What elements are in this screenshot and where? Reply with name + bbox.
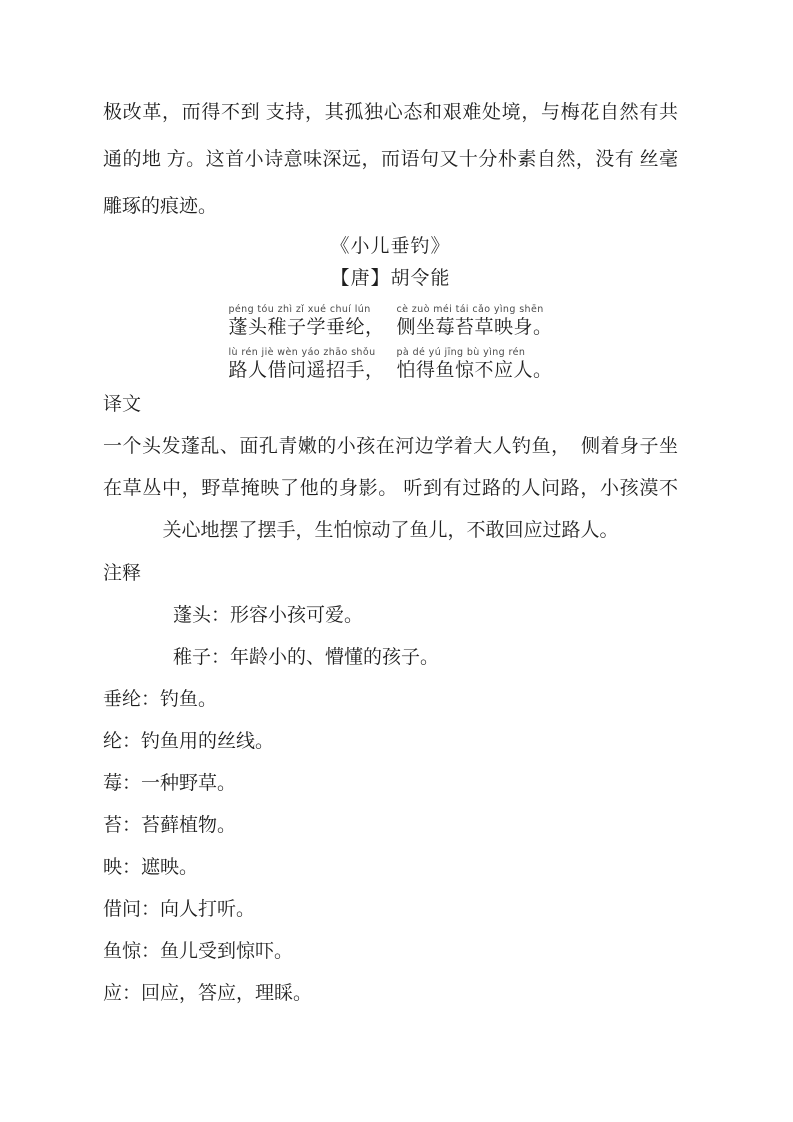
poem-half-2b: pà dé yú jīng bù yìng rén 怕得鱼惊不应人。 [397,347,553,383]
note-item: 莓：一种野草。 [103,763,678,805]
intro-paragraph: 极改革，而得不到 支持，其孤独心态和艰难处境，与梅花自然有共 通的地 方。这首小… [103,89,678,230]
note-item: 苔：苔藓植物。 [103,805,678,847]
poem-title: 《小儿垂钓》 [103,234,678,260]
notes-list: 蓬头：形容小孩可爱。 稚子：年龄小的、懵懂的孩子。 垂纶：钓鱼。 纶：钓鱼用的丝… [103,595,678,1015]
note-item: 借问：向人打听。 [103,889,678,931]
poem-text: 侧坐莓苔草映身。 [397,315,553,340]
notes-label: 注释 [103,552,678,595]
intro-line-1: 极改革，而得不到 支持，其孤独心态和艰难处境，与梅花自然有共 [103,89,678,136]
poem-line-2: lù rén jiè wèn yáo zhāo shǒu 路人借问遥招手， pà… [103,347,678,383]
poem-half-1a: péng tóu zhì zǐ xué chuí lún 蓬头稚子学垂纶， [228,304,384,340]
pinyin-text: pà dé yú jīng bù yìng rén [397,347,553,358]
translation-paragraph: 一个头发蓬乱、面孔青嫩的小孩在河边学着大人钓鱼， 侧着身子坐 在草丛中，野草掩映… [103,426,678,552]
intro-line-3: 雕琢的痕迹。 [103,183,678,230]
document-page: 极改革，而得不到 支持，其孤独心态和艰难处境，与梅花自然有共 通的地 方。这首小… [0,0,793,1015]
note-item: 应：回应，答应，理睬。 [103,973,678,1015]
translation-line-1: 一个头发蓬乱、面孔青嫩的小孩在河边学着大人钓鱼， 侧着身子坐 [103,426,678,468]
note-item: 垂纶：钓鱼。 [103,679,678,721]
note-item: 蓬头：形容小孩可爱。 [103,595,678,637]
pinyin-text: péng tóu zhì zǐ xué chuí lún [228,304,384,315]
note-item: 映：遮映。 [103,847,678,889]
poem-text: 怕得鱼惊不应人。 [397,358,553,383]
poem-line-1: péng tóu zhì zǐ xué chuí lún 蓬头稚子学垂纶， cè… [103,304,678,340]
pinyin-text: cè zuò méi tái cǎo yìng shēn [397,304,553,315]
poem-half-1b: cè zuò méi tái cǎo yìng shēn 侧坐莓苔草映身。 [397,304,553,340]
intro-line-2: 通的地 方。这首小诗意味深远，而语句又十分朴素自然，没有 丝毫 [103,136,678,183]
note-item: 鱼惊：鱼儿受到惊吓。 [103,931,678,973]
translation-line-3: 关心地摆了摆手，生怕惊动了鱼儿，不敢回应过路人。 [103,510,678,552]
poem-text: 蓬头稚子学垂纶， [228,315,384,340]
poem-author: 【唐】胡令能 [103,266,678,292]
note-item: 稚子：年龄小的、懵懂的孩子。 [103,637,678,679]
translation-line-2: 在草丛中，野草掩映了他的身影。 听到有过路的人问路，小孩漠不 [103,468,678,510]
poem-half-2a: lù rén jiè wèn yáo zhāo shǒu 路人借问遥招手， [228,347,384,383]
poem-text: 路人借问遥招手， [228,358,384,383]
translation-label: 译文 [103,383,678,426]
pinyin-text: lù rén jiè wèn yáo zhāo shǒu [228,347,384,358]
note-item: 纶：钓鱼用的丝线。 [103,721,678,763]
